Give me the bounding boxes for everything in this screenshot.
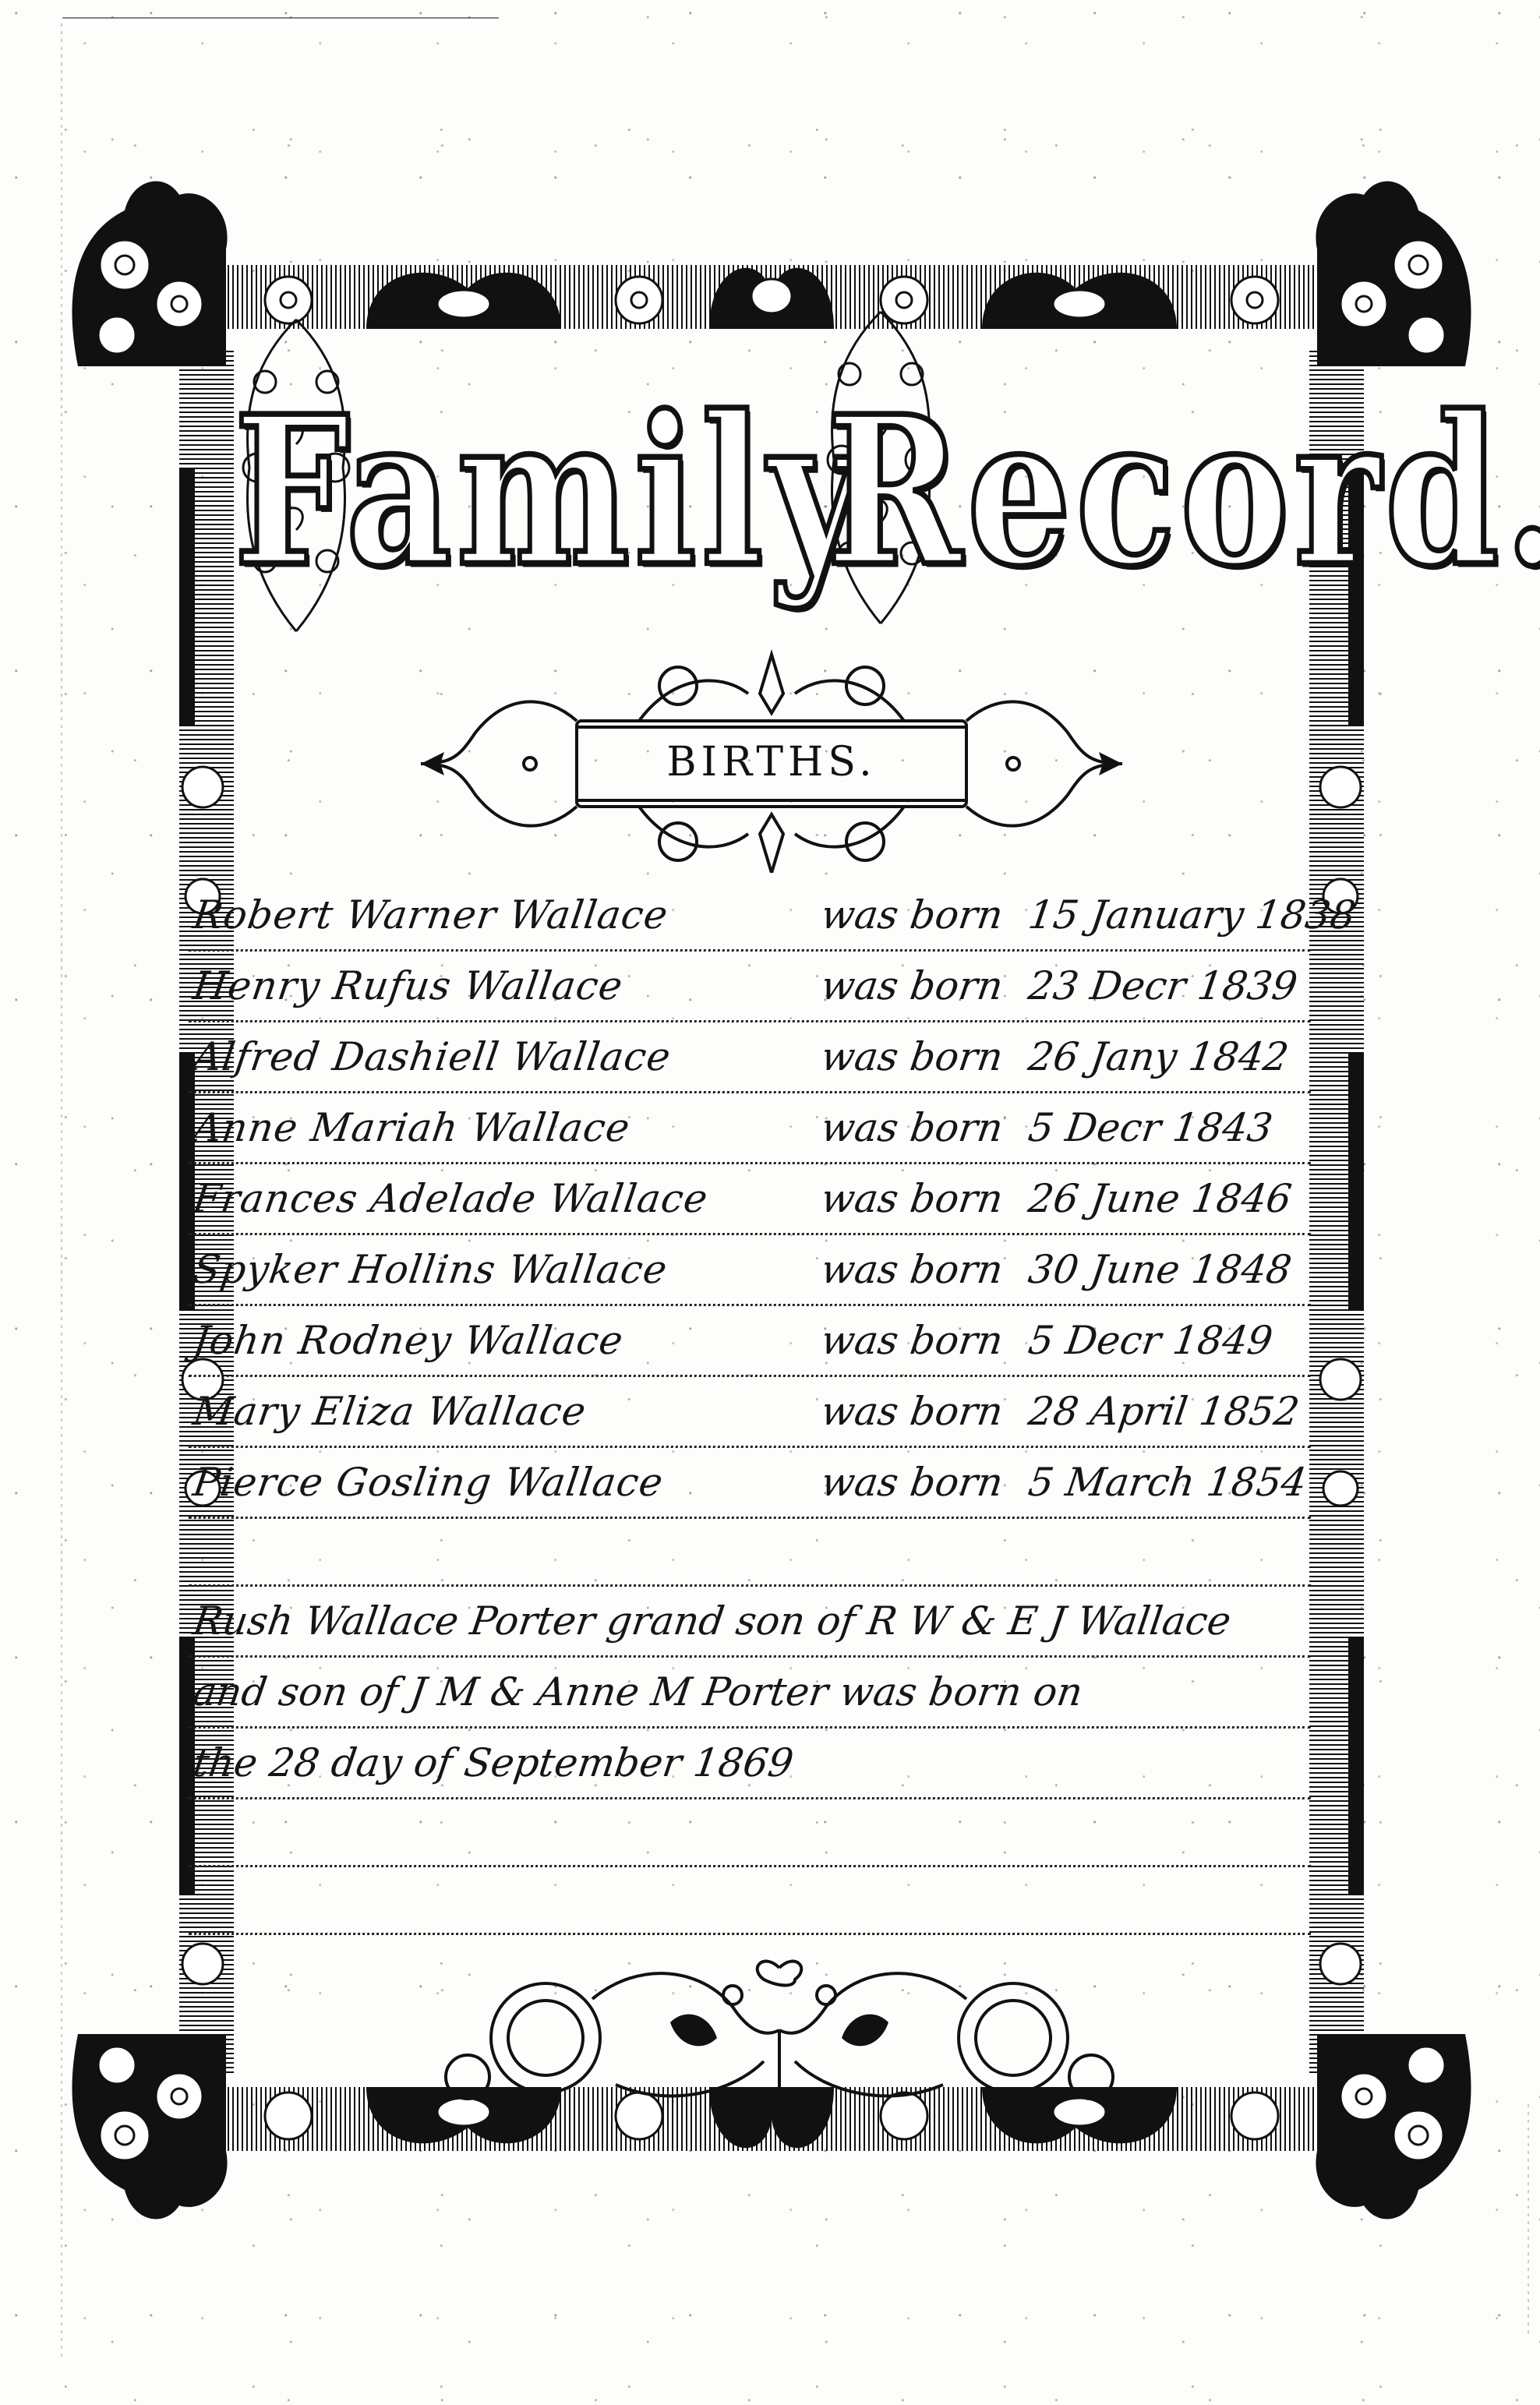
entry-name: John Rodney Wallace xyxy=(189,1306,814,1375)
tailpiece-ornament xyxy=(436,1952,1122,2108)
section-label-births: BIRTHS. xyxy=(405,739,1138,786)
blank-ruled-line xyxy=(189,1519,1320,1587)
entry-verb: was born xyxy=(817,1093,1021,1162)
entry-verb: was born xyxy=(817,1022,1021,1091)
entry-name: Robert Warner Wallace xyxy=(189,881,814,949)
birth-entry: Pierce Gosling Wallace was born 5 March … xyxy=(189,1448,1321,1519)
entry-name: Anne Mariah Wallace xyxy=(189,1093,814,1162)
entry-date: 26 Jany 1842 xyxy=(1024,1022,1293,1091)
entry-verb: was born xyxy=(817,952,1021,1020)
title-word-record: Record. xyxy=(826,390,1540,595)
entry-verb: was born xyxy=(817,1377,1021,1446)
blank-ruled-line xyxy=(189,1799,1320,1867)
birth-entry: Anne Mariah Wallace was born 5 Decr 1843 xyxy=(189,1093,1321,1164)
note-line: Rush Wallace Porter grand son of R W & E… xyxy=(189,1587,1321,1658)
entry-name: Alfred Dashiell Wallace xyxy=(189,1022,814,1091)
note-line: and son of J M & Anne M Porter was born … xyxy=(189,1658,1321,1729)
birth-entry: Robert Warner Wallace was born 15 Januar… xyxy=(189,881,1321,952)
note-line: the 28 day of September 1869 xyxy=(189,1729,1321,1799)
entry-date: 26 June 1846 xyxy=(1024,1164,1296,1233)
dolphin-scroll-ornament-icon xyxy=(436,1952,1122,2108)
corner-ornament-bottom-left xyxy=(62,2026,249,2229)
birth-entry: Mary Eliza Wallace was born 28 April 185… xyxy=(189,1377,1321,1448)
birth-entry: Spyker Hollins Wallace was born 30 June … xyxy=(189,1235,1321,1306)
scan-right-edge xyxy=(1528,2104,1529,2338)
entry-date: 5 Decr 1849 xyxy=(1024,1306,1277,1375)
birth-entries-list: Robert Warner Wallace was born 15 Januar… xyxy=(193,881,1316,1935)
entry-name: Henry Rufus Wallace xyxy=(189,952,814,1020)
corner-ornament-bottom-right xyxy=(1294,2026,1481,2229)
entry-verb: was born xyxy=(817,1448,1021,1517)
section-cartouche: BIRTHS. xyxy=(405,647,1138,873)
title-word-family: Family xyxy=(234,390,867,595)
blank-ruled-line xyxy=(189,1867,1320,1935)
entry-name: Spyker Hollins Wallace xyxy=(189,1235,814,1304)
acanthus-scroll-icon xyxy=(1294,2026,1481,2229)
entry-name: Mary Eliza Wallace xyxy=(189,1377,814,1446)
entry-date: 5 Decr 1843 xyxy=(1024,1093,1277,1162)
entry-verb: was born xyxy=(817,1306,1021,1375)
entry-date: 15 January 1838 xyxy=(1024,881,1360,949)
scan-edge-rule xyxy=(62,17,499,19)
entry-verb: was born xyxy=(817,1164,1021,1233)
birth-entry: John Rodney Wallace was born 5 Decr 1849 xyxy=(189,1306,1321,1377)
entry-verb: was born xyxy=(817,881,1021,949)
entry-date: 30 June 1848 xyxy=(1024,1235,1296,1304)
entry-name: Frances Adelade Wallace xyxy=(189,1164,814,1233)
birth-entry: Frances Adelade Wallace was born 26 June… xyxy=(189,1164,1321,1235)
entry-date: 5 March 1854 xyxy=(1024,1448,1311,1517)
entry-date: 23 Decr 1839 xyxy=(1024,952,1302,1020)
page-title: Family Record. xyxy=(203,327,1340,639)
birth-entry: Alfred Dashiell Wallace was born 26 Jany… xyxy=(189,1022,1321,1093)
birth-entry: Henry Rufus Wallace was born 23 Decr 183… xyxy=(189,952,1321,1022)
entry-verb: was born xyxy=(817,1235,1021,1304)
entry-date: 28 April 1852 xyxy=(1024,1377,1304,1446)
entry-name: Pierce Gosling Wallace xyxy=(189,1448,814,1517)
acanthus-scroll-icon xyxy=(62,2026,249,2229)
